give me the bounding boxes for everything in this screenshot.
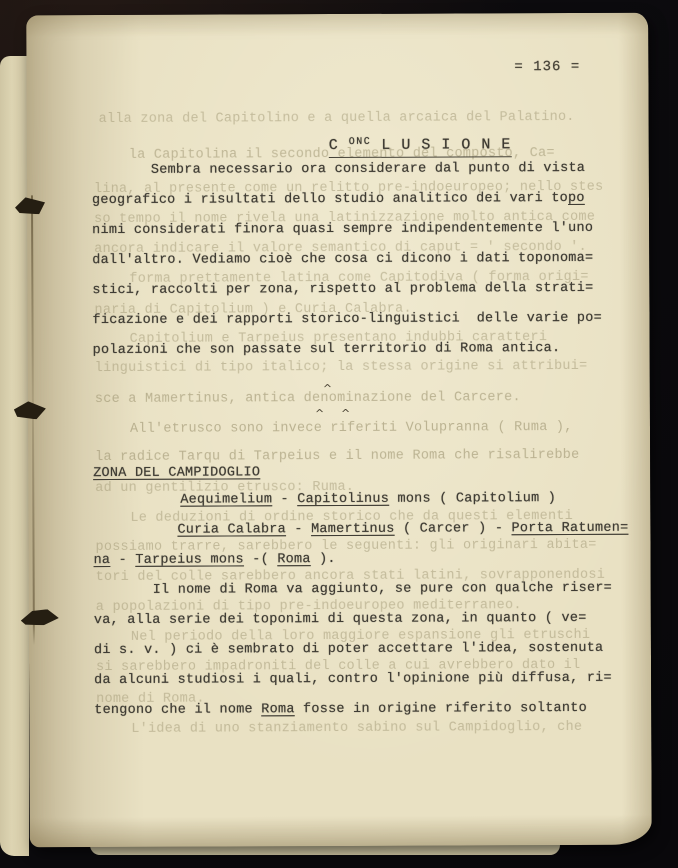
page-number: = 136 = [514,59,580,75]
body-line: da alcuni studiosi i quali, contro l'opi… [94,672,612,688]
typed-text: = 136 = C ONC L U S I O N E Sembra neces… [26,13,652,848]
typescript-page: alla zona del Capitolino e a quella arca… [26,13,652,848]
body-line: na - Tarpeius mons -( Roma ). [94,553,336,568]
body-line: Curia Calabra - Mamertinus ( Carcer ) - … [177,522,628,537]
title-lead: C [329,137,349,154]
section-heading: ZONA DEL CAMPIDOGLIO [93,466,260,480]
body-line: Sembra necessario ora considerare dal pu… [151,162,585,177]
body-line: tengono che il nome Roma fosse in origin… [94,702,587,718]
body-line: geografico i risultati dello studio anal… [92,192,585,208]
ink-speck: ^ [315,408,324,419]
body-line: va, alla serie dei toponimi di questa zo… [94,612,587,628]
body-line: stici, raccolti per zona, rispetto al pr… [92,282,593,298]
scan-background: alla zona del Capitolino e a quella arca… [0,0,678,868]
body-line: di s. v. ) ci è sembrato di poter accett… [94,642,603,658]
body-line: Aequimelium - Capitolinus mons ( Capitol… [180,492,556,507]
title-tail: L U S I O N E [371,136,511,154]
ink-speck: ^ [341,408,350,419]
underlying-page-edge [0,56,29,856]
body-line: nimi considerati finora quasi sempre ind… [92,222,593,238]
chapter-title-underline: C ONC L U S I O N E [329,136,512,158]
body-line: dall'altro. Vediamo cioè che cosa ci dic… [92,252,593,268]
body-line: polazioni che son passate sul territorio… [93,342,561,358]
body-line: Il nome di Roma va aggiunto, se pure con… [153,582,612,598]
title-superscript: ONC [349,137,372,148]
body-line: ficazione e dei rapporti storico-linguis… [92,312,601,328]
ink-speck: ^ [323,383,332,394]
